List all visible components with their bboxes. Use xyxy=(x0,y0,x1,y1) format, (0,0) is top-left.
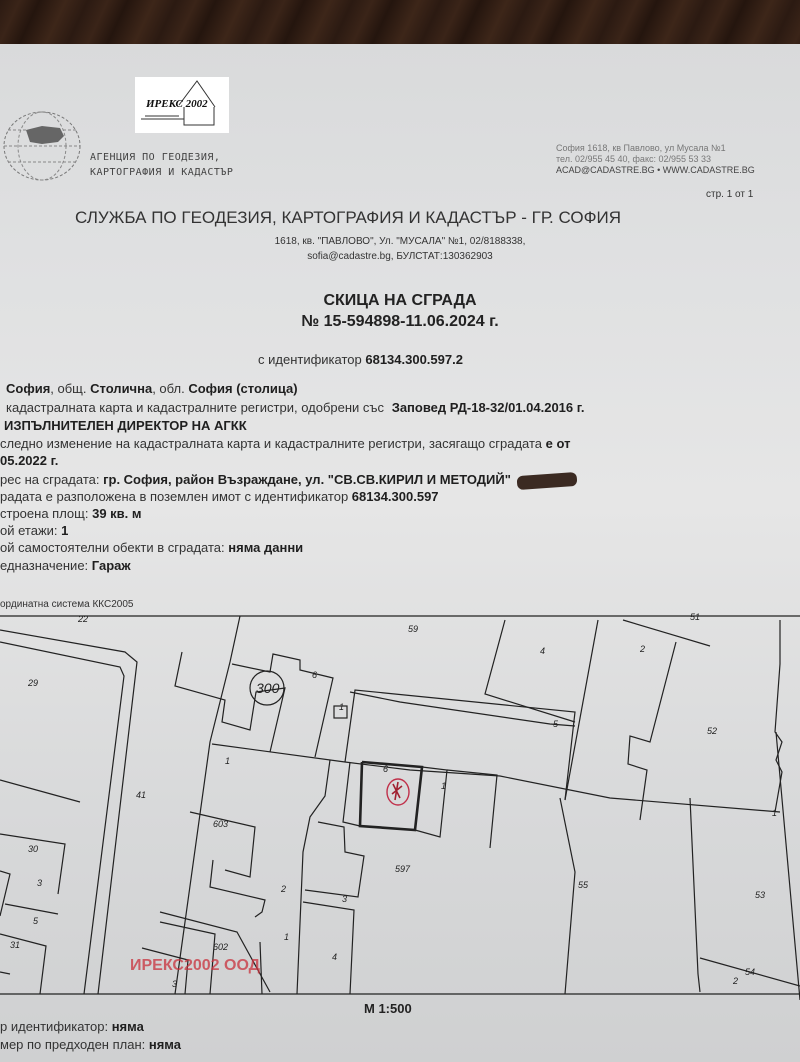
purpose-label: едназначение: xyxy=(0,558,92,573)
svg-text:2: 2 xyxy=(280,884,286,894)
svg-text:6: 6 xyxy=(312,670,317,680)
last-change-line: следно изменение на кадастралната карта … xyxy=(0,436,570,451)
svg-text:603: 603 xyxy=(213,819,228,829)
wooden-table-background xyxy=(0,0,800,48)
svg-text:1: 1 xyxy=(339,702,344,712)
purpose-line: едназначение: Гараж xyxy=(0,558,131,573)
approval-text: кадастралната карта и кадастралните реги… xyxy=(6,400,384,415)
svg-text:51: 51 xyxy=(690,612,700,622)
identifier-value: 68134.300.597.2 xyxy=(365,352,463,367)
identifier-label: с идентификатор xyxy=(258,352,362,367)
irex-logo: ИРЕКС 2002 xyxy=(135,77,229,133)
page-number: стр. 1 от 1 xyxy=(706,189,753,200)
svg-text:52: 52 xyxy=(707,726,717,736)
prev-id-value: няма xyxy=(112,1019,144,1034)
map-scale: М 1:500 xyxy=(364,1001,412,1016)
building-identifier: с идентификатор 68134.300.597.2 xyxy=(258,352,463,367)
parcel-label: радата е разположена в поземлен имот с и… xyxy=(0,489,352,504)
floors-line: ой етажи: 1 xyxy=(0,523,68,538)
prev-plan-label: мер по предходен план: xyxy=(0,1037,149,1052)
agency-phone: тел. 02/955 45 40, факс: 02/955 53 33 xyxy=(556,154,755,165)
approval-order: Заповед РД-18-32/01.04.2016 г. xyxy=(392,400,585,415)
address-label: рес на сградата: xyxy=(0,472,103,487)
svg-text:53: 53 xyxy=(755,890,765,900)
agency-name-line1: АГЕНЦИЯ ПО ГЕОДЕЗИЯ, xyxy=(90,150,233,165)
area-line: строена площ: 39 кв. м xyxy=(0,506,142,521)
area-label: строена площ: xyxy=(0,506,92,521)
redaction-mark xyxy=(516,471,577,489)
logo-text: ИРЕКС 2002 xyxy=(146,98,208,110)
cadastral-map: 2229300615942515524116160330353159755531… xyxy=(0,612,800,1000)
units-line: ой самостоятелни обекти в сградата: няма… xyxy=(0,540,303,555)
floors-label: ой етажи: xyxy=(0,523,61,538)
address-line: рес на сградата: гр. София, район Възраж… xyxy=(0,472,577,488)
company-watermark: ИРЕКС2002 ООД xyxy=(130,957,260,975)
region-label: , обл. xyxy=(152,381,188,396)
svg-text:59: 59 xyxy=(408,624,418,634)
svg-text:55: 55 xyxy=(578,880,589,890)
last-change-suffix: е от xyxy=(546,436,571,451)
purpose-value: Гараж xyxy=(92,558,131,573)
svg-text:1: 1 xyxy=(225,756,230,766)
svg-text:5: 5 xyxy=(553,719,559,729)
document-number: № 15-594898-11.06.2024 г. xyxy=(200,311,600,332)
svg-text:22: 22 xyxy=(77,614,88,624)
svg-text:31: 31 xyxy=(10,940,20,950)
previous-identifier-line: р идентификатор: няма xyxy=(0,1019,144,1034)
last-change-text: следно изменение на кадастралната карта … xyxy=(0,436,542,451)
coordinate-system: ординатна система ККС2005 xyxy=(0,599,133,610)
previous-plan-line: мер по предходен план: няма xyxy=(0,1037,181,1052)
municipality-label: , общ. xyxy=(50,381,90,396)
svg-text:2: 2 xyxy=(732,976,738,986)
map-approval-line: кадастралната карта и кадастралните реги… xyxy=(6,400,584,415)
svg-text:1: 1 xyxy=(284,932,289,942)
document-title: СКИЦА НА СГРАДА xyxy=(200,290,600,311)
region: София (столица) xyxy=(188,381,297,396)
svg-text:2: 2 xyxy=(639,644,645,654)
floors-value: 1 xyxy=(61,523,68,538)
parcel-line: радата е разположена в поземлен имот с и… xyxy=(0,489,439,504)
last-change-date: 05.2022 г. xyxy=(0,453,58,468)
svg-text:4: 4 xyxy=(332,952,337,962)
agency-address: София 1618, кв Павлово, ул Мусала №1 xyxy=(556,143,755,154)
municipality: Столична xyxy=(90,381,152,396)
svg-text:3: 3 xyxy=(172,979,177,989)
agency-email-web: ACAD@CADASTRE.BG • WWW.CADASTRE.BG xyxy=(556,165,755,176)
svg-text:41: 41 xyxy=(136,790,146,800)
units-value: няма данни xyxy=(228,540,303,555)
svg-text:54: 54 xyxy=(745,967,755,977)
city: София xyxy=(6,381,50,396)
svg-text:1: 1 xyxy=(441,781,446,791)
svg-text:6: 6 xyxy=(383,764,388,774)
svg-text:1: 1 xyxy=(772,808,777,818)
parcel-value: 68134.300.597 xyxy=(352,489,439,504)
prev-plan-value: няма xyxy=(149,1037,181,1052)
address-value: гр. София, район Възраждане, ул. "СВ.СВ.… xyxy=(103,472,511,487)
svg-text:5: 5 xyxy=(33,916,39,926)
svg-text:4: 4 xyxy=(540,646,545,656)
approved-by: ИЗПЪЛНИТЕЛЕН ДИРЕКТОР НА АГКК xyxy=(4,418,247,433)
globe-map-icon xyxy=(2,108,84,184)
units-label: ой самостоятелни обекти в сградата: xyxy=(0,540,228,555)
area-value: 39 кв. м xyxy=(92,506,141,521)
agency-name-line2: КАРТОГРАФИЯ И КАДАСТЪР xyxy=(90,165,233,180)
svg-text:300: 300 xyxy=(256,680,280,696)
svg-text:30: 30 xyxy=(28,844,38,854)
prev-id-label: р идентификатор: xyxy=(0,1019,112,1034)
service-title: СЛУЖБА ПО ГЕОДЕЗИЯ, КАРТОГРАФИЯ И КАДАСТ… xyxy=(75,208,621,228)
svg-text:602: 602 xyxy=(213,942,228,952)
svg-text:29: 29 xyxy=(27,678,38,688)
service-contact: sofia@cadastre.bg, БУЛСТАТ:130362903 xyxy=(180,249,620,264)
location-line: София, общ. Столична, обл. София (столиц… xyxy=(6,381,298,396)
service-address: 1618, кв. "ПАВЛОВО", Ул. "МУСАЛА" №1, 02… xyxy=(180,234,620,249)
svg-text:597: 597 xyxy=(395,864,411,874)
svg-text:3: 3 xyxy=(37,878,42,888)
svg-text:3: 3 xyxy=(342,894,347,904)
